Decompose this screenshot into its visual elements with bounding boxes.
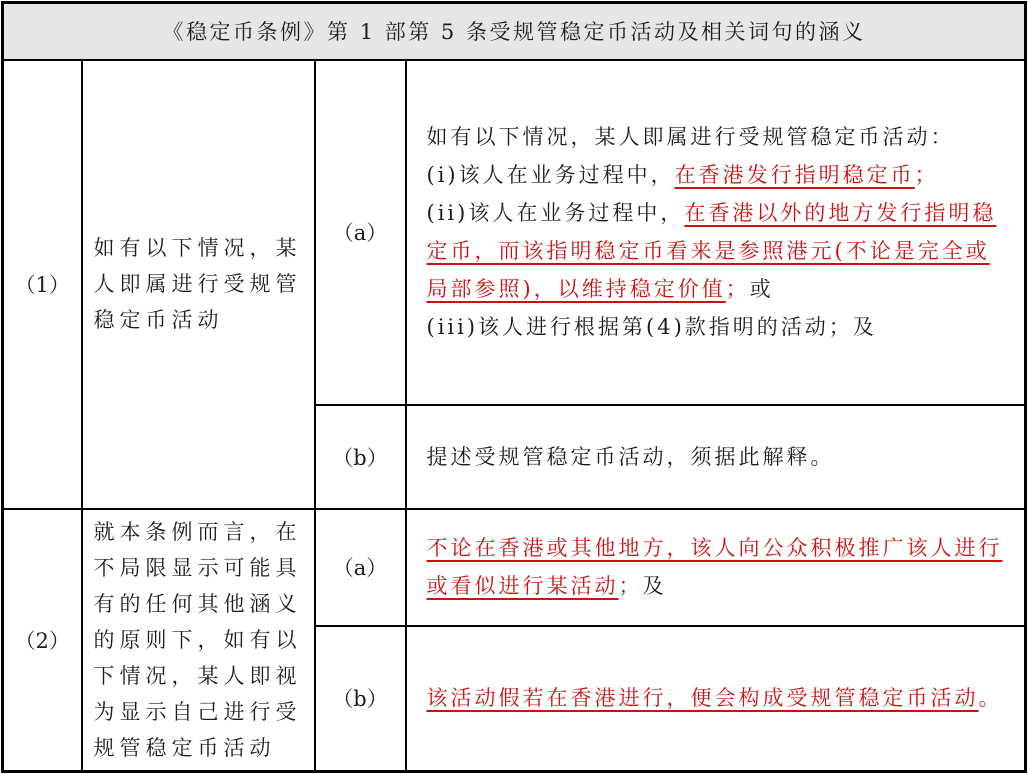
clause-1-number: （1） bbox=[3, 60, 82, 509]
item-i-highlight: 在香港发行指明稳定币 bbox=[675, 163, 915, 187]
table-header-row: 《稳定币条例》第 1 部第 5 条受规管稳定币活动及相关词句的涵义 bbox=[3, 3, 1026, 60]
item-i-prefix: (i)该人在业务过程中， bbox=[427, 163, 675, 187]
table-title: 《稳定币条例》第 1 部第 5 条受规管稳定币活动及相关词句的涵义 bbox=[3, 3, 1026, 60]
clause-1a-item-i: (i)该人在业务过程中，在香港发行指明稳定币； bbox=[427, 156, 1013, 194]
clause-2b-highlight: 该活动假若在香港进行，便会构成受规管稳定币活动 bbox=[427, 686, 979, 710]
item-ii-suffix: 或 bbox=[750, 277, 774, 301]
item-ii-punct: ； bbox=[726, 277, 750, 301]
clause-2a-highlight: 不论在香港或其他地方，该人向公众积极推广该人进行或看似进行某活动 bbox=[427, 536, 1003, 598]
item-i-punct: ； bbox=[915, 163, 939, 187]
ordinance-table-page: 《稳定币条例》第 1 部第 5 条受规管稳定币活动及相关词句的涵义 （1） 如有… bbox=[0, 0, 1028, 774]
clause-2a-label: （a） bbox=[315, 509, 406, 626]
clause-2a-suffix: 及 bbox=[643, 574, 667, 598]
clause-1a-label: （a） bbox=[315, 60, 406, 405]
clause-2-number: （2） bbox=[3, 509, 82, 772]
clause-1b-label: （b） bbox=[315, 405, 406, 509]
clause-1a-item-ii: (ii)该人在业务过程中，在香港以外的地方发行指明稳定币，而该指明稳定币看来是参… bbox=[427, 194, 1013, 308]
clause-1-description: 如有以下情况，某人即属进行受规管稳定币活动 bbox=[82, 60, 315, 509]
clause-2a-punct: ； bbox=[619, 574, 643, 598]
clause-2b-content: 该活动假若在香港进行，便会构成受规管稳定币活动。 bbox=[406, 626, 1026, 772]
clause-2b-label: （b） bbox=[315, 626, 406, 772]
clause-1b-text: 提述受规管稳定币活动，须据此解释。 bbox=[427, 445, 835, 469]
stablecoin-ordinance-table: 《稳定币条例》第 1 部第 5 条受规管稳定币活动及相关词句的涵义 （1） 如有… bbox=[1, 1, 1027, 773]
item-iii-text: (iii)该人进行根据第(4)款指明的活动；及 bbox=[427, 315, 877, 339]
table-row: （1） 如有以下情况，某人即属进行受规管稳定币活动 （a） 如有以下情况，某人即… bbox=[3, 60, 1026, 405]
table-row: （2） 就本条例而言，在不局限显示可能具有的任何其他涵义的原则下，如有以下情况，… bbox=[3, 509, 1026, 626]
clause-1a-content: 如有以下情况，某人即属进行受规管稳定币活动： (i)该人在业务过程中，在香港发行… bbox=[406, 60, 1026, 405]
clause-2b-punct: 。 bbox=[979, 686, 1003, 710]
clause-2-description: 就本条例而言，在不局限显示可能具有的任何其他涵义的原则下，如有以下情况，某人即视… bbox=[82, 509, 315, 772]
clause-2a-content: 不论在香港或其他地方，该人向公众积极推广该人进行或看似进行某活动；及 bbox=[406, 509, 1026, 626]
clause-1b-content: 提述受规管稳定币活动，须据此解释。 bbox=[406, 405, 1026, 509]
item-ii-prefix: (ii)该人在业务过程中， bbox=[427, 201, 685, 225]
clause-1a-intro-text: 如有以下情况，某人即属进行受规管稳定币活动： bbox=[427, 125, 955, 149]
clause-1a-item-iii: (iii)该人进行根据第(4)款指明的活动；及 bbox=[427, 308, 1013, 346]
clause-1a-intro-line: 如有以下情况，某人即属进行受规管稳定币活动： bbox=[427, 118, 1013, 156]
